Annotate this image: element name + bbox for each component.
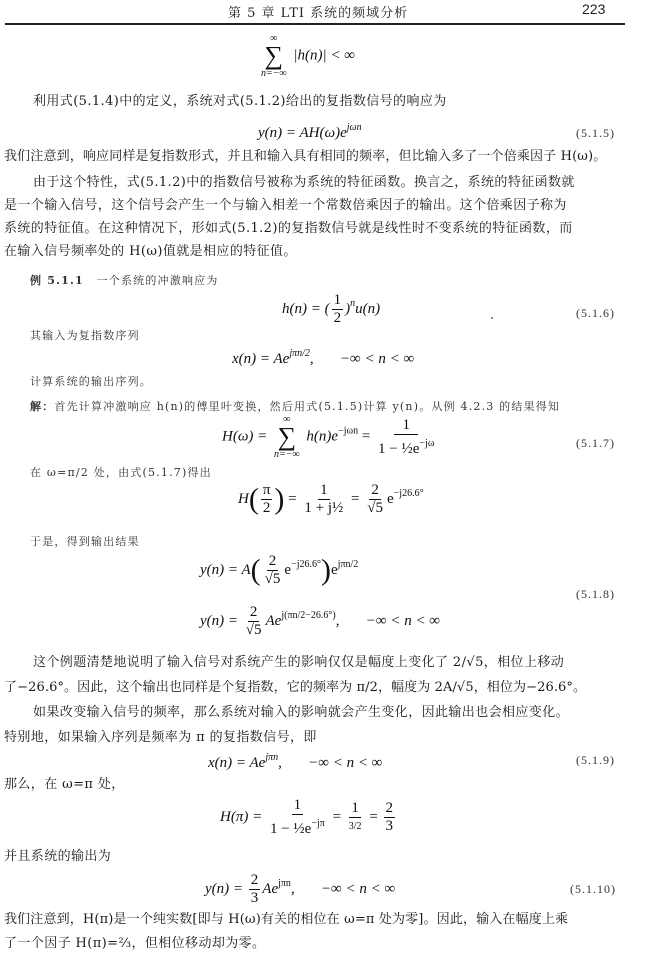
page-number: 223 xyxy=(582,1,605,17)
eq-lhs: y(n) = xyxy=(205,881,243,897)
paragraph-4-line-2: 了−26.6°。因此，这个输出也同样是个复指数，它的频率为 π/2，幅度为 2A… xyxy=(4,681,586,695)
numerator: 2 xyxy=(384,800,396,818)
eq-exponent: j(πn/2−26.6°) xyxy=(281,610,335,621)
paragraph-5-line-2: 特别地，如果输入序列是频率为 π 的复指数信号，即 xyxy=(4,731,317,745)
eq-range: , −∞ < n < ∞ xyxy=(310,351,414,367)
fraction: 1 1 − ½e−jω xyxy=(376,417,436,458)
denominator: √5 xyxy=(263,571,283,588)
paragraph-3-line-3: 系统的特征值。在这种情况下，形如式(5.1.2)的复指数信号就是线性时不变系统的… xyxy=(4,222,573,236)
fraction-3: 23 xyxy=(384,800,396,835)
denominator: √5 xyxy=(244,622,264,639)
paragraph-2: 我们注意到，响应同样是复指数形式，并且和输入具有相同的频率，但比输入多了一个倍乘… xyxy=(4,150,606,164)
eq-exponent: jωn xyxy=(347,122,362,133)
eq-exponent-1: −j26.6° xyxy=(291,559,321,570)
numerator: 1 xyxy=(318,482,330,500)
equation-number-5-1-9: (5.1.9) xyxy=(576,753,615,768)
eq-lhs: y(n) = xyxy=(200,613,238,629)
sum-symbol: ∞ ∑ n=−∞ xyxy=(274,414,300,460)
denominator-exponent: −jπ xyxy=(311,818,324,829)
denominator: 3 xyxy=(249,890,261,907)
eq-lhs: x(n) = Ae xyxy=(232,351,289,367)
fraction-2: 13/2 xyxy=(347,800,364,835)
paragraph-6-line-2: 了一个因子 H(π)=⅔，但相位移动却为零。 xyxy=(4,937,265,951)
sum-symbol: ∞ ∑ n=−∞ xyxy=(261,33,287,79)
denominator: 1 − ½e xyxy=(270,821,311,837)
eq-lhs: x(n) = Ae xyxy=(208,755,265,771)
eq-lhs: H(ω) = xyxy=(222,428,267,444)
numerator: 2 xyxy=(267,553,279,571)
fraction: 23 xyxy=(249,872,261,907)
denominator-exponent: −jω xyxy=(419,438,434,449)
paragraph-5-line-1: 如果改变输入信号的频率，那么系统对输入的影响就会产生变化，因此输出也会相应变化。 xyxy=(33,706,569,720)
equation-absolute-summability: ∞ ∑ n=−∞ |h(n)| < ∞ xyxy=(258,33,355,79)
equation-5-1-6: h(n) = (12)nu(n) xyxy=(282,292,380,327)
numerator: 1 xyxy=(349,800,361,818)
eq-exponent-2: jπn/2 xyxy=(338,559,359,570)
fraction-arg: π2 xyxy=(261,482,273,517)
paragraph-3-line-1: 由于这个特性，式(5.1.2)中的指数信号被称为系统的特征函数。换言之，系统的特… xyxy=(33,176,575,190)
example-intro: 一个系统的冲激响应为 xyxy=(97,274,219,287)
eq-term: Ae xyxy=(262,881,278,897)
fraction: 12 xyxy=(332,292,344,327)
denominator: 2 xyxy=(332,310,344,327)
example-task: 计算系统的输出序列。 xyxy=(30,373,152,389)
eq-exponent: −j26.6° xyxy=(394,488,424,499)
equation-h-pi-over-2: H(π2) = 11 + j½ = 2√5e−j26.6° xyxy=(238,482,424,517)
numerator: 2 xyxy=(248,604,260,622)
eq-lhs: H(π) = xyxy=(220,809,262,825)
eq-range: , −∞ < n < ∞ xyxy=(291,881,395,897)
eq-lhs: H xyxy=(238,491,249,507)
eq-range: , −∞ < n < ∞ xyxy=(278,755,382,771)
thus-text: 于是，得到输出结果 xyxy=(30,533,140,549)
running-header-chapter: 第 5 章 LTI 系统的频域分析 xyxy=(228,2,408,21)
solution-line: 解：首先计算冲激响应 h(n)的傅里叶变换，然后用式(5.1.5)计算 y(n)… xyxy=(30,398,560,414)
equation-5-1-10: y(n) = 23Aejπn, −∞ < n < ∞ xyxy=(205,872,395,907)
equation-5-1-8-line-1: y(n) = A(2√5e−j26.6°)ejπn/2 xyxy=(200,553,358,588)
denominator: 1 − ½e xyxy=(378,441,419,457)
example-input-text: 其输入为复指数序列 xyxy=(30,327,140,343)
sum-lower-limit: n=−∞ xyxy=(261,68,287,79)
eq-exponent: −jωn xyxy=(338,425,358,436)
equation-5-1-8-line-2: y(n) = 2√5Aej(πn/2−26.6°), −∞ < n < ∞ xyxy=(200,604,440,639)
denominator: 1 + j½ xyxy=(302,500,345,517)
at-pi-over-2-text: 在 ω=π/2 处，由式(5.1.7)得出 xyxy=(30,464,212,480)
eq-exponent: jπn xyxy=(265,752,278,763)
numerator: 2 xyxy=(369,482,381,500)
example-heading: 例 5.1.1 一个系统的冲激响应为 xyxy=(30,272,219,288)
paragraph-1: 利用式(5.1.4)中的定义，系统对式(5.1.2)给出的复指数信号的响应为 xyxy=(33,95,447,109)
numerator: 1 xyxy=(394,417,418,435)
eq-exponent: jπn xyxy=(278,878,291,889)
equation-input-signal: x(n) = Aejπn/2, −∞ < n < ∞ xyxy=(232,348,414,368)
example-label: 例 5.1.1 xyxy=(30,274,84,287)
numerator: 1 xyxy=(292,797,304,815)
eq-term: h(n)e xyxy=(306,428,338,444)
numerator: 1 xyxy=(332,292,344,310)
numerator: π xyxy=(261,482,273,500)
solution-label: 解： xyxy=(30,400,54,413)
paragraph-6-line-1: 我们注意到，H(π)是一个纯实数[即与 H(ω)有关的相位在 ω=π 处为零]。… xyxy=(4,913,568,927)
numerator: 2 xyxy=(249,872,261,890)
fraction: 2√5 xyxy=(263,553,283,588)
equation-number-5-1-10: (5.1.10) xyxy=(570,882,616,897)
eq-lhs: h(n) = ( xyxy=(282,301,330,317)
and-output-text: 并且系统的输出为 xyxy=(4,850,111,864)
eq-tail: u(n) xyxy=(355,301,380,317)
scan-speck xyxy=(491,317,493,319)
sum-lower-limit: n=−∞ xyxy=(274,449,300,460)
eq-lhs: y(n) = A xyxy=(200,562,251,578)
paragraph-3-line-2: 是一个输入信号，这个信号会产生一个与输入相差一个常数倍乘因子的输出。这个倍乘因子… xyxy=(4,199,567,213)
denominator: 2 xyxy=(261,500,273,517)
denominator: √5 xyxy=(365,500,385,517)
paragraph-3-line-4: 在输入信号频率处的 H(ω)值就是相应的特征值。 xyxy=(4,245,297,259)
eq-range: , −∞ < n < ∞ xyxy=(336,613,440,629)
denominator: 3 xyxy=(384,818,396,835)
fraction-1: 11 − ½e−jπ xyxy=(268,797,327,838)
header-rule xyxy=(5,23,625,25)
eq-lhs: y(n) = AH(ω)e xyxy=(258,125,347,141)
equation-number-5-1-7: (5.1.7) xyxy=(576,436,615,451)
fraction: 2√5 xyxy=(244,604,264,639)
fraction-2: 2√5 xyxy=(365,482,385,517)
equation-5-1-5: y(n) = AH(ω)ejωn xyxy=(258,122,362,142)
equation-number-5-1-5: (5.1.5) xyxy=(576,126,615,141)
fraction-1: 11 + j½ xyxy=(302,482,345,517)
eq-equals: = xyxy=(362,428,370,444)
equation-number-5-1-8: (5.1.8) xyxy=(576,587,615,602)
denominator: 3/2 xyxy=(347,818,364,835)
equation-number-5-1-6: (5.1.6) xyxy=(576,306,615,321)
eq-exponent: jπn/2 xyxy=(289,348,310,359)
equation-h-pi: H(π) = 11 − ½e−jπ = 13/2 = 23 xyxy=(220,797,397,838)
at-pi-text: 那么，在 ω=π 处， xyxy=(4,778,125,792)
eq-term: Ae xyxy=(266,613,282,629)
equation-5-1-7: H(ω) = ∞ ∑ n=−∞ h(n)e−jωn = 1 1 − ½e−jω xyxy=(222,414,438,460)
paragraph-4-line-1: 这个例题清楚地说明了输入信号对系统产生的影响仅仅是幅度上变化了 2/√5，相位上… xyxy=(33,656,564,670)
equation-5-1-9: x(n) = Aejπn, −∞ < n < ∞ xyxy=(208,752,382,772)
eq-body: |h(n)| < ∞ xyxy=(293,47,355,63)
solution-text: 首先计算冲激响应 h(n)的傅里叶变换，然后用式(5.1.5)计算 y(n)。从… xyxy=(54,400,560,413)
